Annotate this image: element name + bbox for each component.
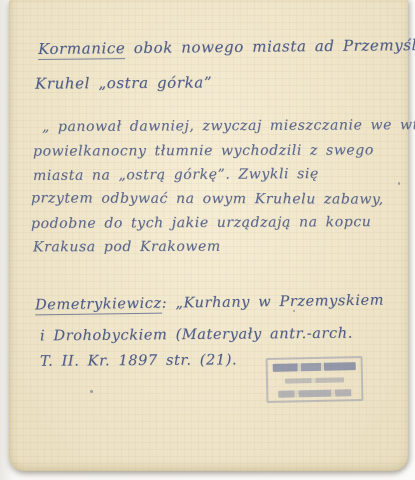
citation-line-1: Demetrykiewicz: „Kurhany w Przemyskiem [35, 293, 384, 314]
ink-speck [398, 182, 400, 185]
citation-author: Demetrykiewicz [35, 296, 162, 316]
paragraph-line: miasta na „ostrą górkę”. Zwykli się [33, 166, 319, 184]
paragraph-line: podobne do tych jakie urządzają na kopcu [31, 214, 371, 232]
archive-stamp [266, 356, 364, 403]
stamp-text-row [285, 377, 343, 383]
ink-speck [90, 390, 93, 393]
stamp-text-row [278, 389, 351, 398]
paragraph-line: Krakusa pod Krakowem [33, 239, 221, 256]
citation-line-3: T. II. Kr. 1897 str. (21). [40, 352, 237, 369]
paragraph-line: powielkanocny tłumnie wychodzili z swego [33, 142, 374, 159]
heading-term: Kormanice [38, 39, 126, 60]
paragraph-line: „ panował dawniej, zwyczaj mieszczanie w… [42, 117, 415, 135]
paragraph-line: przytem odbywać na owym Kruhelu zabawy, [31, 190, 384, 207]
stamp-text-row [273, 362, 356, 372]
citation-rest: : „Kurhany w Przemyskiem [162, 293, 385, 312]
ink-speck [293, 310, 295, 312]
manuscript-page: Kormanice obok nowego miasta ad Przemyśl… [9, 0, 408, 471]
citation-line-2: i Drohobyckiem (Materyały antr.-arch. [40, 326, 353, 345]
scanned-page: Kormanice obok nowego miasta ad Przemyśl… [0, 0, 415, 480]
heading-line-2: Kruhel „ostra górka” [35, 73, 212, 92]
heading-line-1: Kormanice obok nowego miasta ad Przemyśl [38, 36, 415, 58]
heading-rest: obok nowego miasta ad Przemyśl [125, 36, 415, 57]
